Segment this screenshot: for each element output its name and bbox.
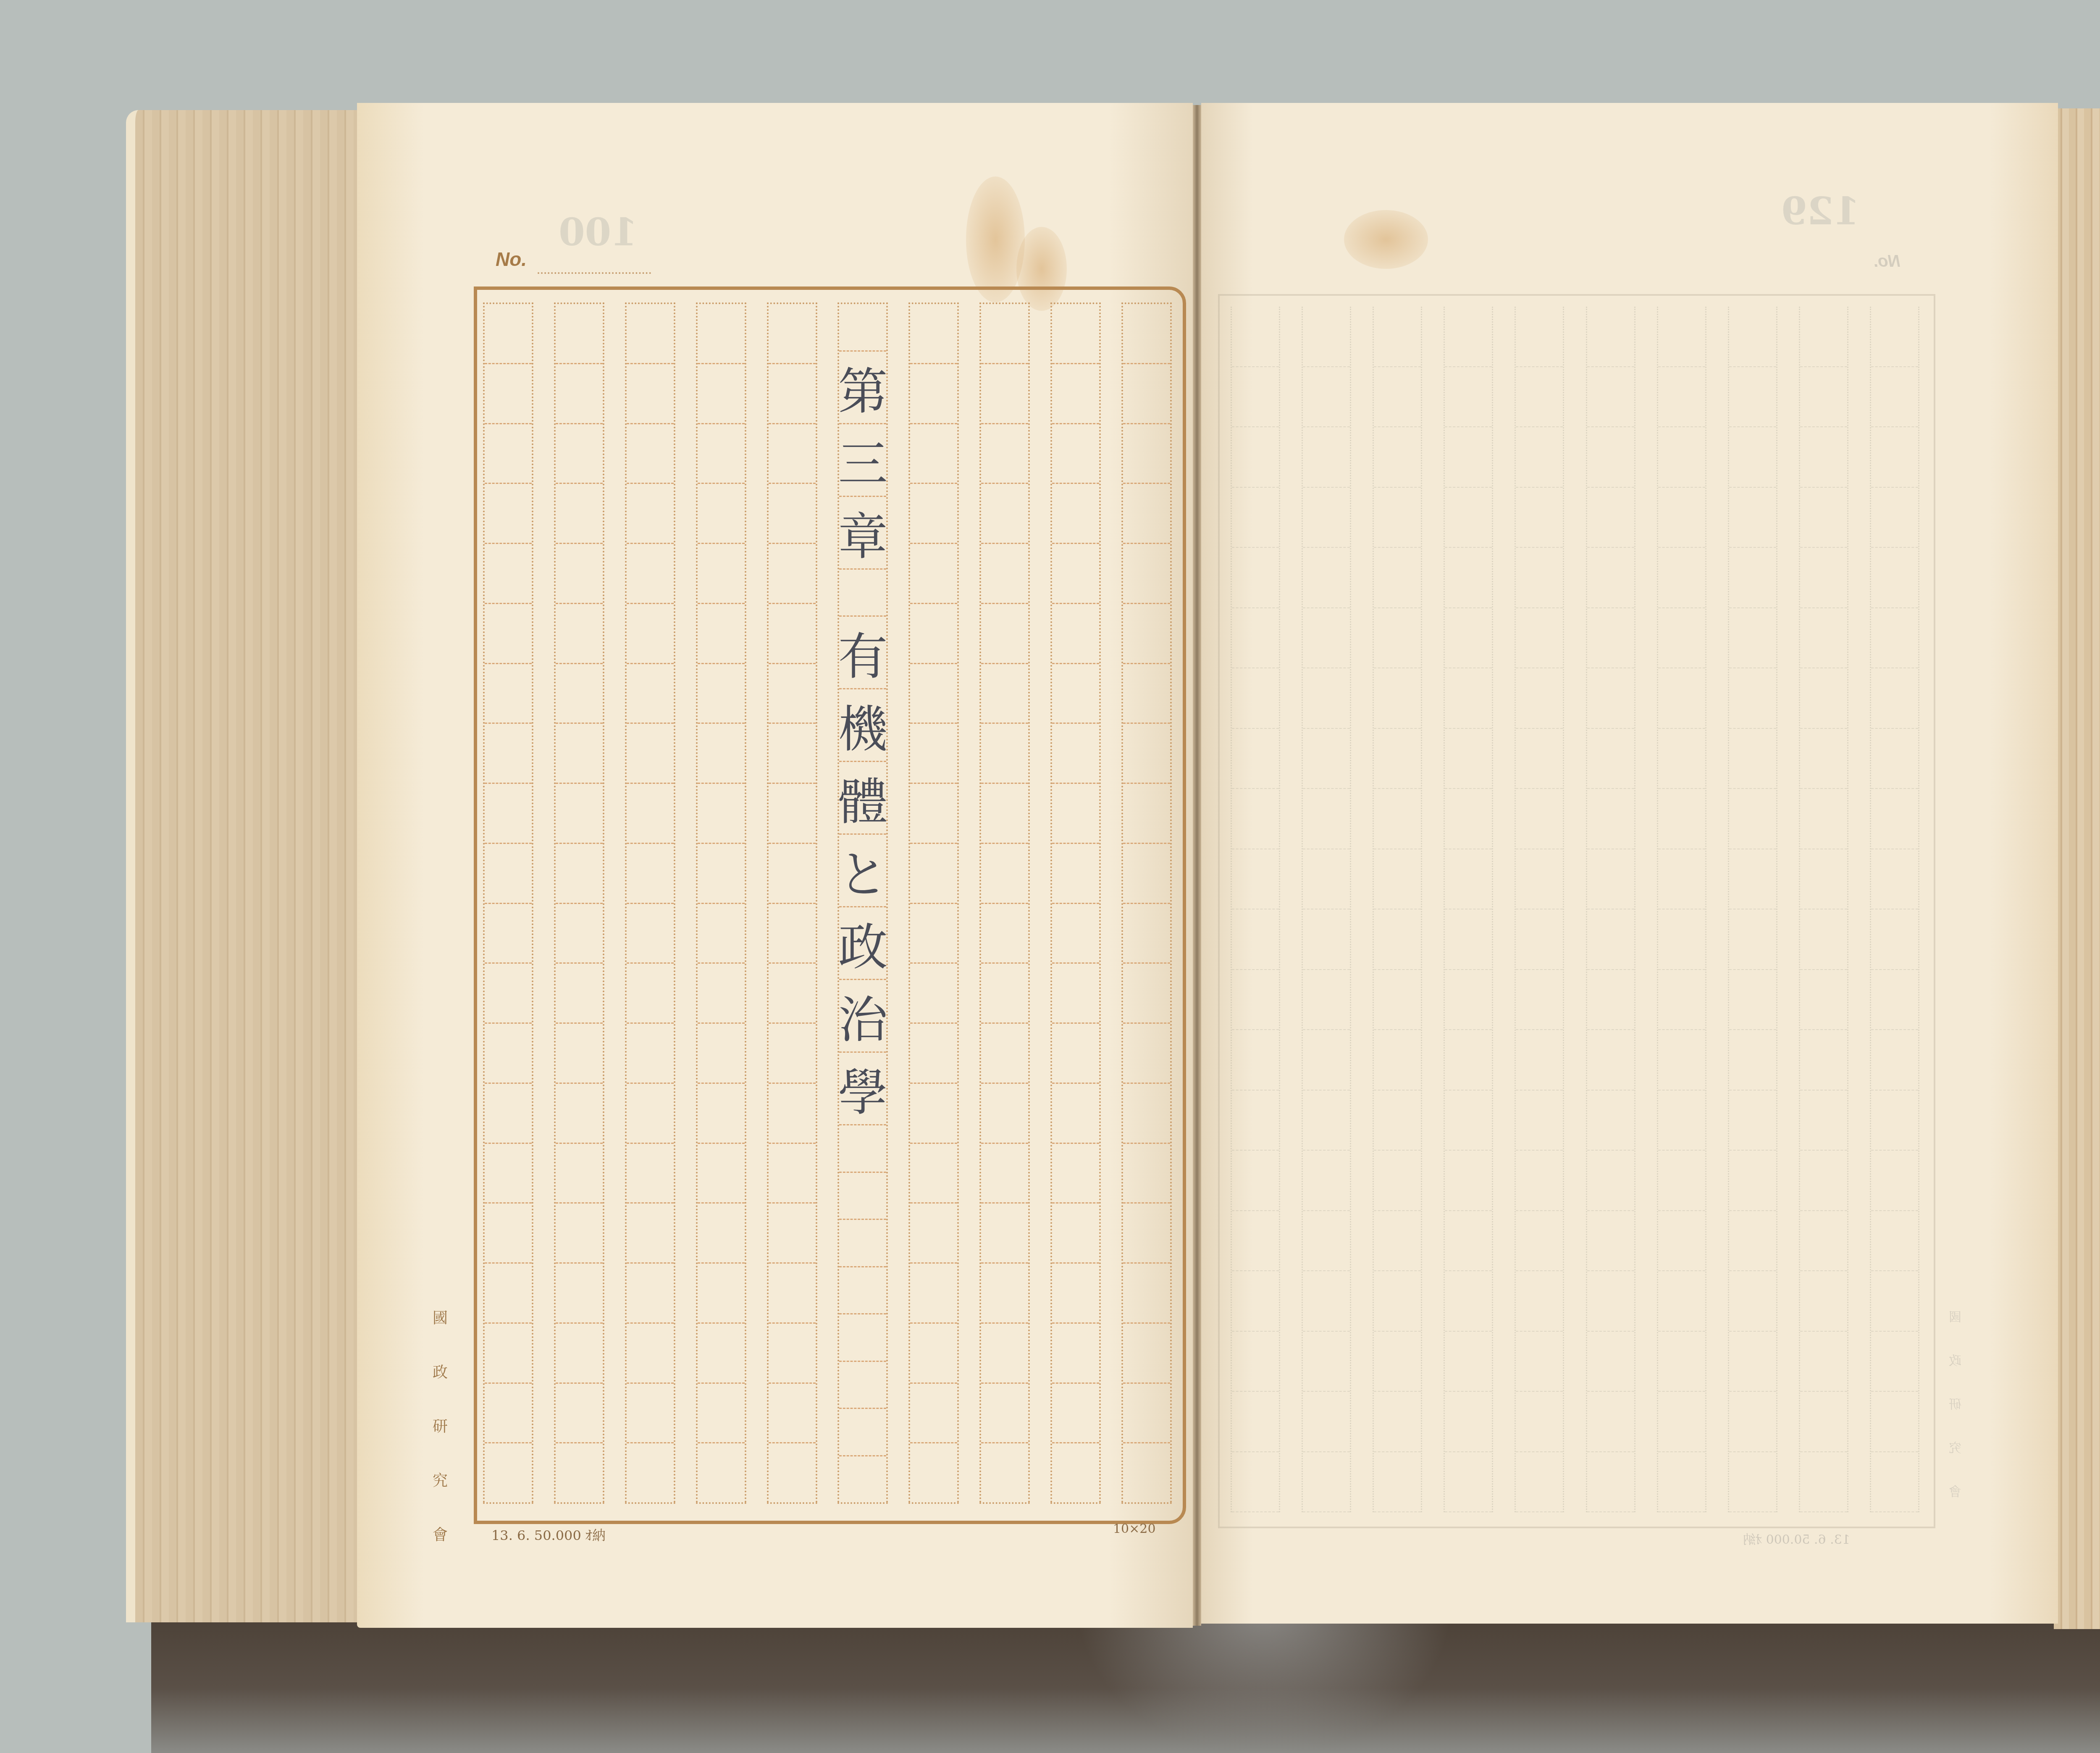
publisher-char: 會 <box>433 1523 448 1545</box>
grid-cell <box>839 1314 886 1362</box>
grid-cell <box>1052 1324 1099 1384</box>
grid-cell <box>981 544 1028 604</box>
grid-cell <box>485 1084 532 1144</box>
grid-cell <box>1123 424 1170 484</box>
ghost-cell <box>1303 427 1350 488</box>
grid-cell <box>627 664 674 724</box>
ghost-cell <box>1587 367 1634 428</box>
ghost-cell <box>1445 427 1492 488</box>
grid-cell <box>910 1024 957 1084</box>
grid-cell <box>769 1204 816 1264</box>
grid-cell <box>627 1204 674 1264</box>
grid-cell <box>1123 484 1170 544</box>
ghost-cell <box>1516 488 1563 548</box>
ghost-cell <box>1232 427 1279 488</box>
grid-cell <box>981 424 1028 484</box>
ghost-cell <box>1445 1392 1492 1452</box>
grid-cell <box>556 364 603 424</box>
ghost-cell <box>1374 1452 1421 1513</box>
grid-cell <box>1052 724 1099 784</box>
grid-cell <box>910 844 957 904</box>
grid-cell <box>698 364 745 424</box>
grid-cell <box>1052 424 1099 484</box>
ghost-cell <box>1658 849 1705 910</box>
grid-cell <box>769 364 816 424</box>
ghost-cell <box>1516 427 1563 488</box>
grid-cell <box>910 724 957 784</box>
grid-cell <box>769 904 816 964</box>
grid-cell <box>981 304 1028 364</box>
ghost-cell <box>1587 909 1634 970</box>
ghost-cell <box>1374 1151 1421 1211</box>
chapter-title-column: 第三章有機體と政治學 <box>837 302 888 1504</box>
grid-cell <box>485 844 532 904</box>
grid-cell <box>839 1220 886 1267</box>
grid-cell <box>910 484 957 544</box>
grid-cell <box>556 1384 603 1444</box>
ghost-cell <box>1729 427 1776 488</box>
grid-cell <box>1052 664 1099 724</box>
ghost-cell <box>1445 307 1492 367</box>
grid-cell <box>627 364 674 424</box>
grid-cell <box>839 1409 886 1456</box>
grid-cell <box>1123 904 1170 964</box>
ghost-cell <box>1658 1030 1705 1091</box>
grid-cell <box>910 904 957 964</box>
ghost-cell <box>1729 729 1776 789</box>
chapter-title-char: 章 <box>839 497 886 570</box>
ghost-cell <box>1516 1030 1563 1091</box>
ghost-cell <box>1445 367 1492 428</box>
grid-cell <box>769 784 816 844</box>
grid-cell <box>769 424 816 484</box>
ghost-cell <box>1729 1211 1776 1272</box>
chapter-title-char: 機 <box>839 689 886 762</box>
ghost-cell <box>1658 1151 1705 1211</box>
grid-cell <box>1123 724 1170 784</box>
grid-cell <box>769 1144 816 1204</box>
ghost-cell <box>1232 608 1279 669</box>
grid-cell <box>485 604 532 664</box>
grid-cell <box>910 1443 957 1502</box>
chapter-title-char: 體 <box>839 762 886 835</box>
ghost-cell <box>1374 307 1421 367</box>
ghost-cell <box>1516 789 1563 849</box>
ghost-cell <box>1587 488 1634 548</box>
ghost-cell <box>1445 668 1492 729</box>
ghost-cell <box>1303 1271 1350 1332</box>
ghost-cell <box>1729 1452 1776 1513</box>
ghost-cell <box>1871 1392 1918 1452</box>
grid-cell <box>627 784 674 844</box>
grid-cell <box>1123 604 1170 664</box>
publisher-char: 究 <box>433 1469 448 1490</box>
ghost-cell <box>1374 488 1421 548</box>
ghost-cell <box>1658 1332 1705 1392</box>
grid-cell <box>1052 1384 1099 1444</box>
ghost-cell <box>1871 909 1918 970</box>
grid-cell <box>698 1144 745 1204</box>
ghost-cell <box>1800 1332 1847 1392</box>
ghost-cell <box>1303 1030 1350 1091</box>
ghost-cell <box>1729 1332 1776 1392</box>
grid-cell <box>910 544 957 604</box>
ghost-cell <box>1232 1332 1279 1392</box>
ghost-cell <box>1232 909 1279 970</box>
ghost-cell <box>1729 1091 1776 1151</box>
ghost-cell <box>1516 307 1563 367</box>
grid-cell <box>910 1264 957 1324</box>
ghost-cell <box>1871 1452 1918 1513</box>
grid-cell <box>1123 844 1170 904</box>
grid-cell <box>1123 1084 1170 1144</box>
grid-cell <box>981 484 1028 544</box>
ghost-cell <box>1232 307 1279 367</box>
grid-column <box>908 302 959 1504</box>
ghost-cell <box>1871 1151 1918 1211</box>
ghost-cell <box>1871 548 1918 608</box>
ghost-cell <box>1232 729 1279 789</box>
ghost-cell <box>1374 849 1421 910</box>
ghost-cell <box>1871 789 1918 849</box>
grid-cell <box>981 844 1028 904</box>
grid-cell <box>910 1384 957 1444</box>
grid-cell <box>769 1084 816 1144</box>
ghost-cell <box>1303 1211 1350 1272</box>
grid-cell <box>1052 784 1099 844</box>
grid-cell <box>627 604 674 664</box>
ghost-cell <box>1729 909 1776 970</box>
grid-cell <box>698 544 745 604</box>
ghost-cell <box>1729 367 1776 428</box>
ghost-cell <box>1800 307 1847 367</box>
grid-cell <box>1052 484 1099 544</box>
ghost-cell <box>1445 849 1492 910</box>
ghost-cell <box>1303 789 1350 849</box>
grid-cell <box>769 1024 816 1084</box>
grid-cell <box>769 1264 816 1324</box>
grid-cell <box>698 484 745 544</box>
ghost-cell <box>1871 488 1918 548</box>
grid-cell <box>485 1144 532 1204</box>
grid-cell <box>556 964 603 1024</box>
grid-cell <box>910 1204 957 1264</box>
ghost-cell <box>1729 1392 1776 1452</box>
ghost-cell <box>1729 307 1776 367</box>
ghost-column <box>1444 307 1493 1512</box>
ghost-cell <box>1374 1030 1421 1091</box>
ghost-cell <box>1445 1091 1492 1151</box>
grid-cell <box>627 1084 674 1144</box>
ghost-cell <box>1445 1211 1492 1272</box>
ghost-cell <box>1303 548 1350 608</box>
ghost-cell <box>1871 1332 1918 1392</box>
grid-column <box>483 302 533 1504</box>
grid-cell <box>627 484 674 544</box>
ghost-cell <box>1800 1151 1847 1211</box>
ghost-cell <box>1232 1392 1279 1452</box>
chapter-title-char <box>839 570 886 617</box>
grid-cell <box>1052 604 1099 664</box>
ghost-cell <box>1871 367 1918 428</box>
ghost-cell <box>1800 1452 1847 1513</box>
grid-column <box>767 302 817 1504</box>
ghost-cell <box>1871 1091 1918 1151</box>
ghost-cell <box>1587 608 1634 669</box>
ghost-cell <box>1374 548 1421 608</box>
grid-cell <box>485 964 532 1024</box>
grid-cell <box>556 664 603 724</box>
ghost-cell <box>1800 548 1847 608</box>
ghost-cell <box>1303 1392 1350 1452</box>
grid-cell <box>556 304 603 364</box>
ghost-cell <box>1374 1211 1421 1272</box>
ghost-cell <box>1658 1452 1705 1513</box>
ghost-cell <box>1800 729 1847 789</box>
ghost-cell <box>1658 909 1705 970</box>
grid-cell <box>910 1144 957 1204</box>
ghost-cell <box>1445 1151 1492 1211</box>
grid-cell <box>556 1024 603 1084</box>
grid-cell <box>1123 1384 1170 1444</box>
grid-cell <box>698 1443 745 1502</box>
publisher-bleedthrough: 國政研究會 <box>1945 1306 1966 1500</box>
ghost-grid <box>1231 307 1919 1512</box>
ghost-cell <box>1729 1030 1776 1091</box>
ghost-cell <box>1232 1151 1279 1211</box>
ghost-cell <box>1800 1030 1847 1091</box>
ghost-cell <box>1374 427 1421 488</box>
grid-cell <box>698 844 745 904</box>
ghost-cell <box>1658 548 1705 608</box>
ghost-cell <box>1729 548 1776 608</box>
ghost-cell <box>1303 367 1350 428</box>
grid-cell <box>698 904 745 964</box>
grid-cell <box>485 544 532 604</box>
grid-cell <box>1052 544 1099 604</box>
ghost-cell <box>1729 1151 1776 1211</box>
ghost-cell <box>1658 488 1705 548</box>
grid-cell <box>981 1144 1028 1204</box>
publisher-bleedthrough-char: 會 <box>1949 1481 1961 1500</box>
grid-cell <box>556 484 603 544</box>
grid-column <box>1050 302 1101 1504</box>
ghost-cell <box>1587 1211 1634 1272</box>
ghost-cell <box>1516 729 1563 789</box>
grid-cell <box>485 724 532 784</box>
number-field-line <box>538 272 651 274</box>
ghost-cell <box>1658 1211 1705 1272</box>
grid-cell <box>1123 1204 1170 1264</box>
ghost-cell <box>1800 789 1847 849</box>
ghost-cell <box>1303 970 1350 1030</box>
ghost-cell <box>1303 488 1350 548</box>
grid-cell <box>839 1456 886 1503</box>
grid-cell <box>1052 1144 1099 1204</box>
ghost-cell <box>1232 668 1279 729</box>
grid-cell <box>556 724 603 784</box>
ghost-cell <box>1232 789 1279 849</box>
ghost-cell <box>1587 1091 1634 1151</box>
ghost-cell <box>1232 1211 1279 1272</box>
grid-cell <box>627 1264 674 1324</box>
ghost-cell <box>1516 548 1563 608</box>
ghost-cell <box>1445 909 1492 970</box>
chapter-title-char: 三 <box>839 424 886 497</box>
grid-cell <box>1123 544 1170 604</box>
ghost-cell <box>1729 668 1776 729</box>
grid-cell <box>910 784 957 844</box>
ghost-cell <box>1303 608 1350 669</box>
grid-cell <box>981 1324 1028 1384</box>
grid-cell <box>627 904 674 964</box>
grid-cell <box>769 1324 816 1384</box>
grid-cell <box>1123 304 1170 364</box>
ghost-cell <box>1445 1332 1492 1392</box>
ghost-cell <box>1800 1091 1847 1151</box>
ghost-cell <box>1800 668 1847 729</box>
grid-cell <box>1052 1024 1099 1084</box>
grid-cell <box>485 364 532 424</box>
ghost-cell <box>1516 367 1563 428</box>
ghost-cell <box>1232 970 1279 1030</box>
grid-cell <box>627 1324 674 1384</box>
ghost-cell <box>1445 548 1492 608</box>
ghost-cell <box>1516 1332 1563 1392</box>
publisher-bleedthrough-char: 究 <box>1949 1438 1961 1456</box>
chapter-title-char: と <box>839 835 886 907</box>
grid-cell <box>1123 1443 1170 1502</box>
ghost-cell <box>1303 1091 1350 1151</box>
grid-cell <box>769 1443 816 1502</box>
grid-cell <box>1123 364 1170 424</box>
book-gutter <box>1193 105 1201 1626</box>
grid-cell <box>556 844 603 904</box>
ghost-column <box>1231 307 1280 1512</box>
ghost-cell <box>1445 488 1492 548</box>
right-page-edges <box>2054 108 2100 1629</box>
ghost-cell <box>1516 1151 1563 1211</box>
ghost-cell <box>1729 789 1776 849</box>
ghost-cell <box>1658 789 1705 849</box>
grid-cell <box>981 364 1028 424</box>
grid-cell <box>627 844 674 904</box>
grid-cell <box>1123 664 1170 724</box>
grid-cell <box>1123 1024 1170 1084</box>
ghost-cell <box>1303 1332 1350 1392</box>
grid-cell <box>556 544 603 604</box>
grid-cell <box>485 1384 532 1444</box>
ghost-cell <box>1303 849 1350 910</box>
grid-column <box>1121 302 1172 1504</box>
grid-cell <box>769 304 816 364</box>
grid-cell <box>910 364 957 424</box>
ghost-cell <box>1445 729 1492 789</box>
publisher-char: 研 <box>433 1415 448 1436</box>
ghost-cell <box>1800 488 1847 548</box>
chapter-title-char: 學 <box>839 1053 886 1125</box>
grid-cell <box>769 664 816 724</box>
grid-cell <box>698 1084 745 1144</box>
ghost-column <box>1799 307 1848 1512</box>
grid-cell <box>627 1443 674 1502</box>
grid-cell <box>556 424 603 484</box>
ghost-cell <box>1587 1452 1634 1513</box>
ghost-cell <box>1587 427 1634 488</box>
ghost-cell <box>1374 729 1421 789</box>
ghost-cell <box>1800 909 1847 970</box>
publisher-bleedthrough-char: 政 <box>1949 1350 1961 1369</box>
ghost-cell <box>1445 1452 1492 1513</box>
number-label: No. <box>496 248 527 271</box>
grid-cell <box>485 664 532 724</box>
ghost-cell <box>1658 729 1705 789</box>
foxing-stain <box>1344 210 1428 269</box>
grid-cell <box>485 784 532 844</box>
grid-cell <box>910 964 957 1024</box>
ghost-cell <box>1232 849 1279 910</box>
ghost-cell <box>1374 668 1421 729</box>
ghost-column <box>1870 307 1919 1512</box>
ghost-cell <box>1516 608 1563 669</box>
footer-bleedthrough: 13. 6. 50.000 ｵ納 <box>1743 1529 1850 1548</box>
ghost-cell <box>1871 1271 1918 1332</box>
number-label-bleedthrough: No. <box>1873 252 1900 271</box>
grid-cell <box>627 964 674 1024</box>
ghost-cell <box>1374 367 1421 428</box>
ghost-cell <box>1587 1271 1634 1332</box>
grid-cell <box>485 1324 532 1384</box>
ghost-column <box>1515 307 1564 1512</box>
ghost-cell <box>1729 970 1776 1030</box>
grid-cell <box>1052 964 1099 1024</box>
ghost-cell <box>1871 1030 1918 1091</box>
print-info: 13. 6. 50.000 ｵ納 <box>491 1525 606 1544</box>
ghost-cell <box>1871 1211 1918 1272</box>
ghost-cell <box>1374 1392 1421 1452</box>
grid-column <box>625 302 675 1504</box>
ghost-cell <box>1587 970 1634 1030</box>
left-page-edges <box>126 110 370 1622</box>
grid-cell <box>485 1024 532 1084</box>
ghost-cell <box>1303 909 1350 970</box>
ghost-cell <box>1587 789 1634 849</box>
grid-format-label: 10×20 <box>1113 1522 1155 1536</box>
chapter-title-char: 有 <box>839 617 886 689</box>
grid-cell <box>698 664 745 724</box>
grid-cell <box>1123 1144 1170 1204</box>
ghost-cell <box>1374 1271 1421 1332</box>
ghost-cell <box>1516 970 1563 1030</box>
ghost-cell <box>1232 1030 1279 1091</box>
grid-cell <box>981 604 1028 664</box>
ghost-cell <box>1516 1091 1563 1151</box>
grid-cell <box>698 1324 745 1384</box>
page-number-bleedthrough: 129 <box>1781 189 1860 234</box>
ghost-cell <box>1587 1332 1634 1392</box>
ghost-cell <box>1658 427 1705 488</box>
ghost-cell <box>1303 307 1350 367</box>
grid-column <box>979 302 1030 1504</box>
grid-cell <box>698 724 745 784</box>
grid-cell <box>910 424 957 484</box>
grid-cell <box>1123 784 1170 844</box>
ghost-cell <box>1871 668 1918 729</box>
ghost-cell <box>1232 1091 1279 1151</box>
grid-cell <box>485 424 532 484</box>
grid-cell <box>981 784 1028 844</box>
chapter-title-char: 第 <box>839 352 886 424</box>
